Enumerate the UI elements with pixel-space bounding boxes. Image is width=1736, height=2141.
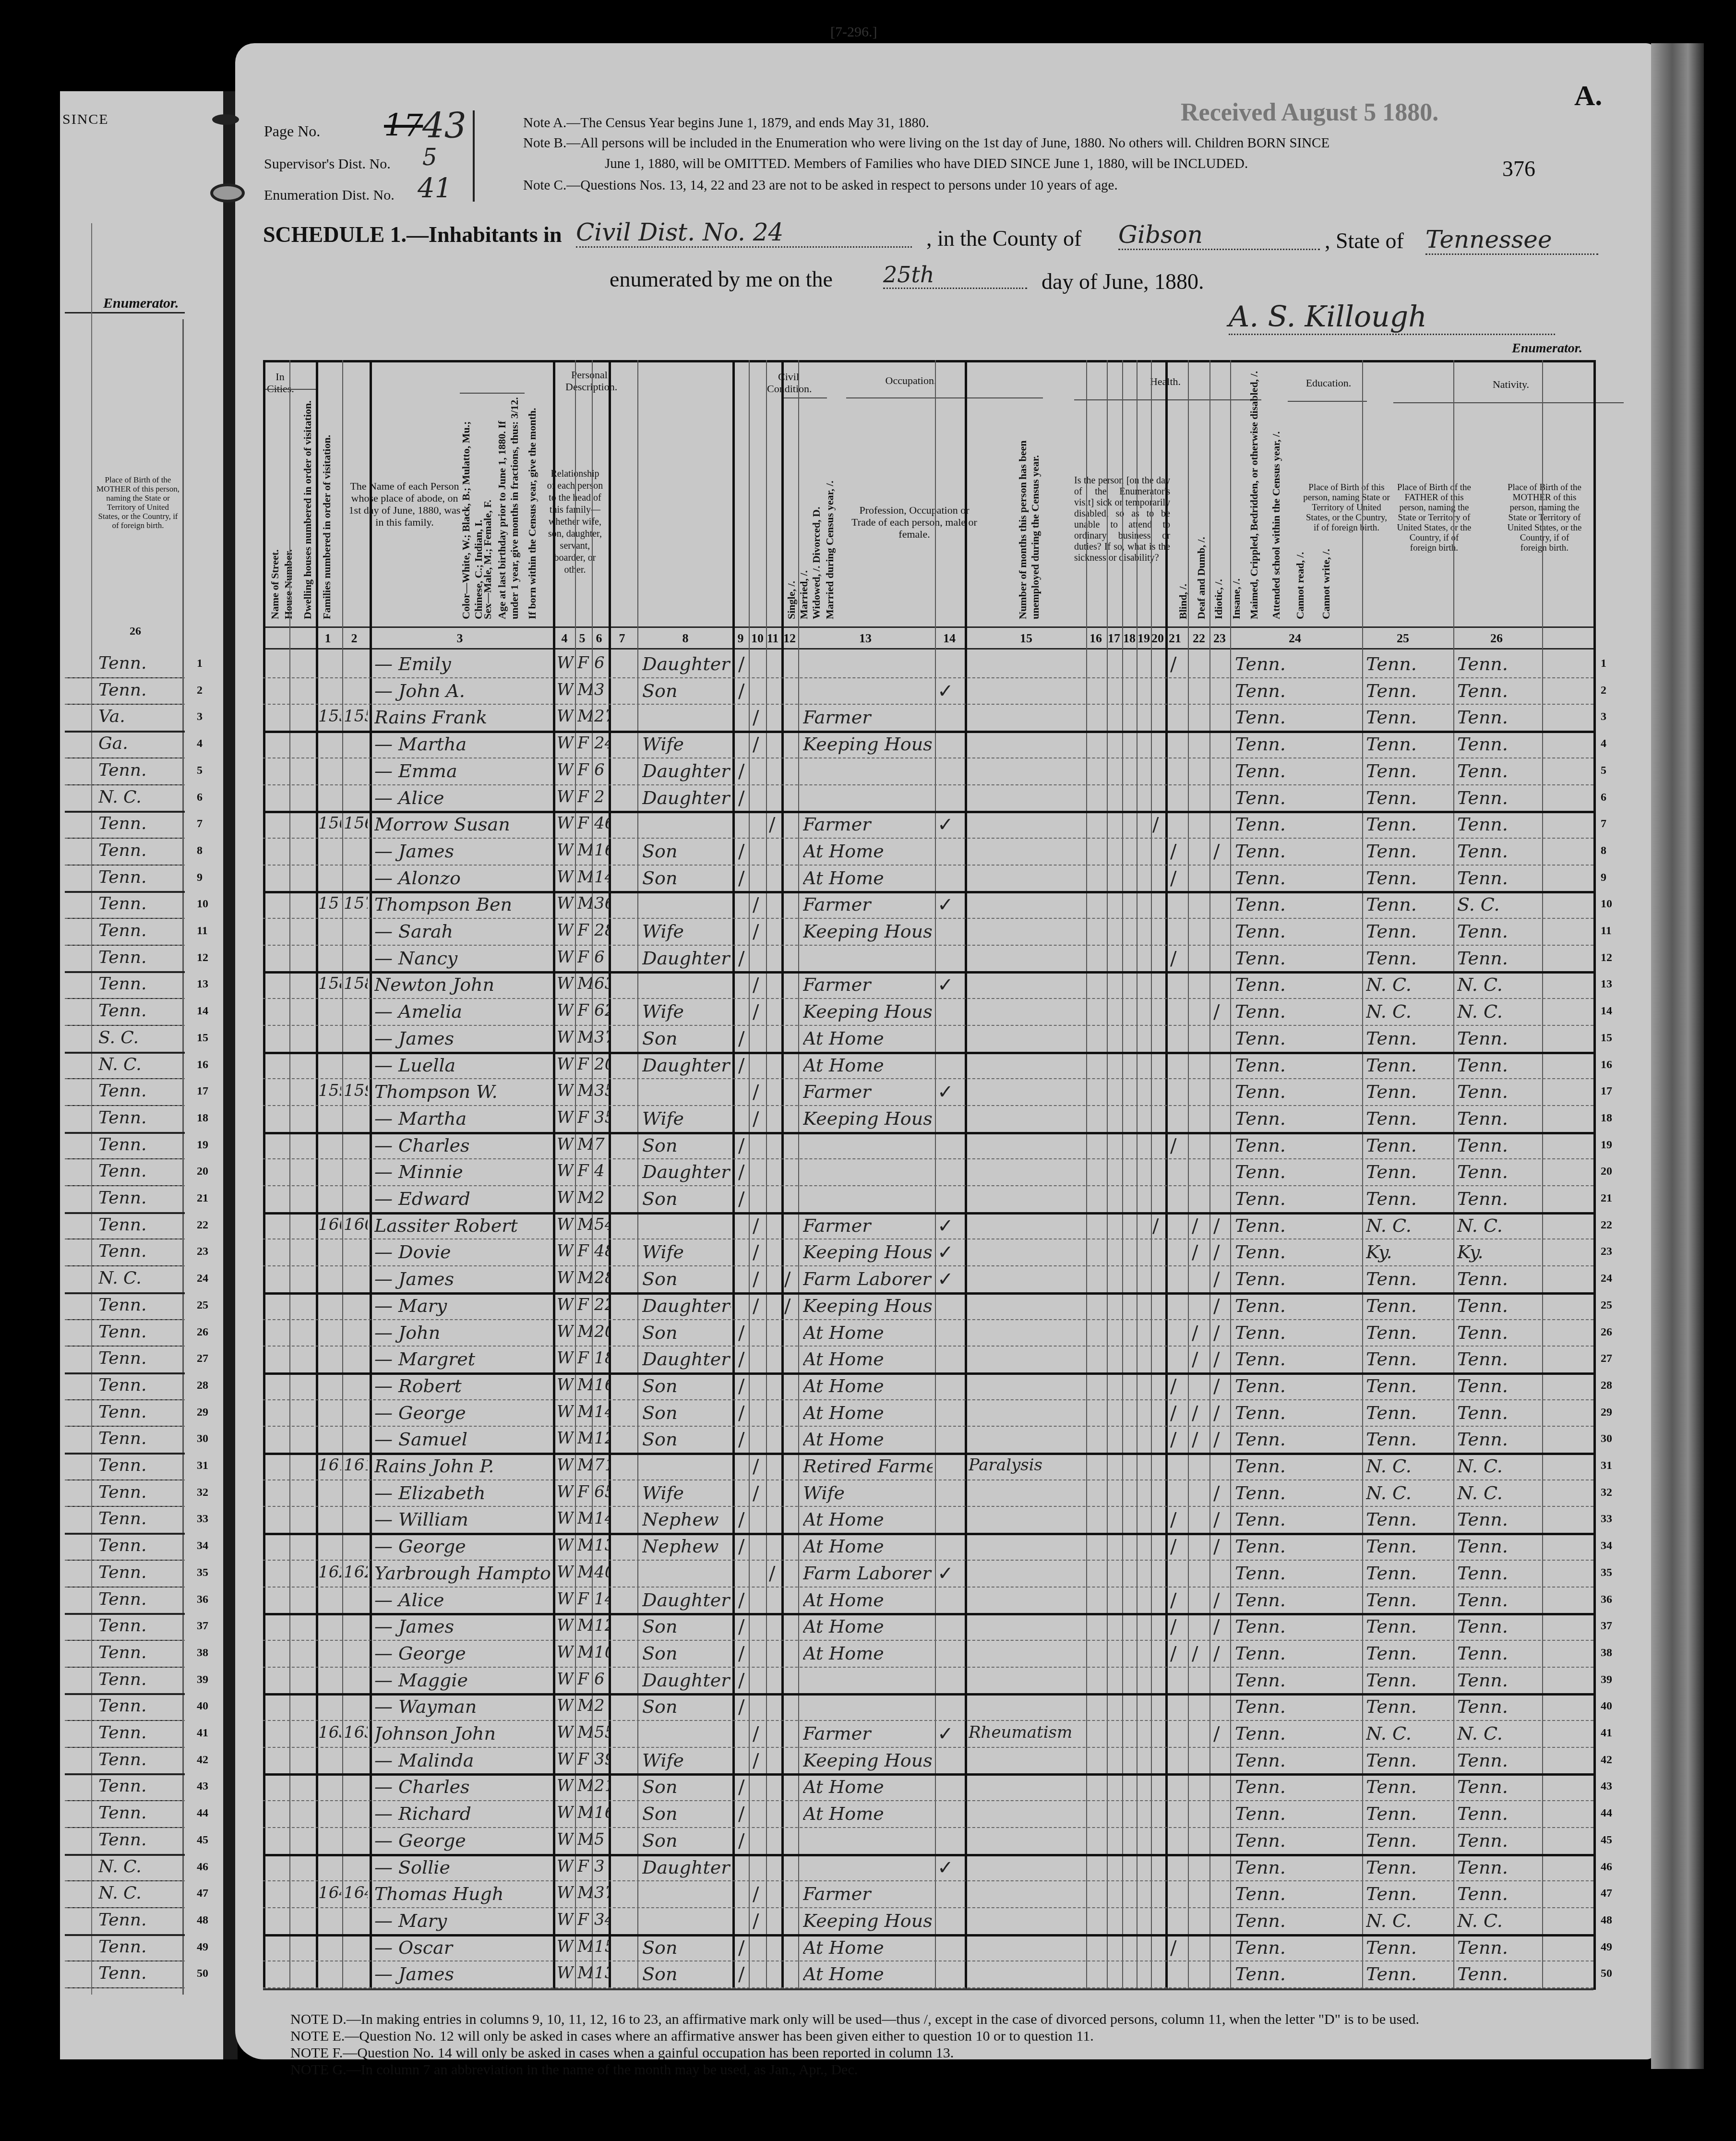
cell-age: 14 (594, 1509, 610, 1528)
cell-sex: M (577, 1883, 592, 1902)
cell-color: W (557, 1536, 574, 1555)
cell-name: — John (374, 1322, 552, 1343)
cell-pb: Tenn. (1235, 974, 1360, 995)
cell-pbf: Tenn. (1366, 814, 1452, 835)
left-row-number: 2 (197, 684, 203, 697)
cell-name: — Mary (374, 1295, 552, 1316)
row-divider (263, 945, 1593, 946)
row-number: 27 (1601, 1352, 1612, 1365)
cell-sex: F (577, 1001, 592, 1020)
cell-pbf: Tenn. (1366, 894, 1452, 915)
cell-rel: Wife (642, 921, 731, 942)
left-row-divider (65, 1880, 185, 1881)
left-mother-birthplace: Tenn. (98, 948, 180, 967)
cell-age: 16 (594, 1803, 610, 1822)
left-row-number: 31 (197, 1459, 208, 1472)
cell-pbm: Tenn. (1457, 1937, 1541, 1958)
row-number: 11 (1601, 925, 1612, 938)
cell-pbf: Tenn. (1366, 1616, 1452, 1637)
row-divider (263, 1961, 1593, 1961)
cell-name: — Nancy (374, 948, 552, 969)
cell-write: / (1213, 1215, 1230, 1237)
left-page-fragment: SINCE (62, 111, 109, 128)
cell-sex: M (577, 1723, 592, 1742)
hdr-c25: Place of Birth of the FATHER of this per… (1396, 482, 1473, 553)
cell-rel: Wife (642, 1001, 731, 1022)
cell-occ: At Home (803, 1536, 933, 1557)
cell-fam: 156 (344, 814, 368, 833)
cell-occ: Farmer (803, 1883, 933, 1904)
cell-pbm: Tenn. (1457, 948, 1541, 969)
left-row-divider (65, 998, 185, 999)
cell-mdc: / (784, 1295, 796, 1317)
row-number: 41 (1601, 1727, 1612, 1740)
row-divider (263, 1506, 1593, 1507)
cell-single: / (738, 1509, 748, 1531)
cell-dw: 159 (318, 1081, 341, 1100)
left-row-number: 18 (197, 1112, 208, 1125)
left-mother-birthplace: Tenn. (98, 1643, 180, 1662)
left-mother-birthplace: Tenn. (98, 1536, 180, 1555)
cell-sex: F (577, 1857, 592, 1876)
left-column-rule-right (182, 319, 184, 1995)
cell-rel: Wife (642, 1482, 731, 1504)
cell-rel: Daughter (642, 1589, 731, 1611)
enumeration-label: Enumeration Dist. No. (264, 187, 395, 204)
cell-pbf: N. C. (1366, 1910, 1452, 1931)
cell-age: 14 (594, 867, 610, 887)
cell-occ: At Home (803, 1963, 933, 1985)
cell-pb: Tenn. (1235, 814, 1360, 835)
cell-sex: M (577, 1455, 592, 1475)
hdr-c2: Families numbered in order of visitation… (321, 427, 333, 619)
cell-age: 35 (594, 1108, 610, 1127)
cell-occ: At Home (803, 1509, 933, 1530)
left-mother-birthplace: N. C. (98, 1268, 180, 1288)
cell-single: / (738, 867, 748, 890)
row-divider (263, 677, 1593, 678)
left-mother-birthplace: Tenn. (98, 1803, 180, 1823)
cell-pb: Tenn. (1235, 1081, 1360, 1102)
cell-age: 6 (594, 760, 610, 780)
cell-dw: 161 (318, 1455, 341, 1475)
cell-age: 34 (594, 1910, 610, 1929)
cell-single: / (738, 1402, 748, 1424)
cell-sick: Rheumatism (969, 1723, 1084, 1742)
cell-occ: Keeping House (803, 921, 933, 942)
cell-occ: At Home (803, 1937, 933, 1958)
left-mother-birthplace: Tenn. (98, 1563, 180, 1582)
cell-pbm: Tenn. (1457, 1589, 1541, 1611)
cell-married: / (753, 707, 764, 729)
cell-unemp: ✓ (937, 1215, 964, 1237)
cell-sex: M (577, 1776, 592, 1795)
cell-occ: At Home (803, 1589, 933, 1611)
cell-color: W (557, 1616, 574, 1635)
cell-read: / (1192, 1322, 1209, 1344)
cell-pb: Tenn. (1235, 1910, 1360, 1931)
cell-write: / (1213, 1509, 1230, 1531)
cell-pbf: Tenn. (1366, 1589, 1452, 1611)
left-mother-birthplace: Tenn. (98, 1696, 180, 1716)
cell-married: / (753, 1241, 764, 1263)
cell-pb: Tenn. (1235, 1670, 1360, 1691)
left-row-number: 39 (197, 1673, 208, 1686)
cell-name: — Charles (374, 1135, 552, 1156)
cell-occ: At Home (803, 1055, 933, 1076)
left-row-number: 47 (197, 1887, 208, 1900)
cell-name: — George (374, 1643, 552, 1664)
row-divider (263, 1105, 1593, 1106)
note-c: Note C.—Questions Nos. 13, 14, 22 and 23… (523, 178, 1118, 193)
cell-pbf: Tenn. (1366, 1268, 1452, 1289)
cell-occ: Farmer (803, 974, 933, 995)
cell-sex: M (577, 1215, 592, 1234)
cell-pb: Tenn. (1235, 1883, 1360, 1904)
cell-pbm: N. C. (1457, 974, 1541, 995)
hdr-c11: Widowed, /. Divorced, D. (810, 494, 823, 619)
cell-sex: M (577, 1937, 592, 1956)
cell-name: — Richard (374, 1803, 552, 1824)
left-mother-birthplace: Tenn. (98, 1295, 180, 1315)
cell-rel: Wife (642, 1750, 731, 1771)
cell-write: / (1213, 1536, 1230, 1558)
cell-name: — Sarah (374, 921, 552, 942)
cell-widowed: / (769, 1563, 780, 1585)
cell-pb: Tenn. (1235, 1937, 1360, 1958)
family-divider (263, 1212, 1593, 1215)
cell-color: W (557, 1375, 574, 1395)
row-number: 34 (1601, 1540, 1612, 1552)
cell-pbf: Tenn. (1366, 1776, 1452, 1797)
row-number: 22 (1601, 1219, 1612, 1232)
hdr-house: House Number. (282, 557, 295, 619)
row-number: 30 (1601, 1432, 1612, 1445)
cell-pbf: Tenn. (1366, 1670, 1452, 1691)
cell-age: 55 (594, 1723, 610, 1742)
group-civil: Civil Condition. (767, 371, 810, 395)
left-col26-header: Place of Birth of the MOTHER of this per… (96, 475, 180, 530)
left-mother-birthplace: Tenn. (98, 1937, 180, 1957)
cell-pbm: Tenn. (1457, 1268, 1541, 1289)
sheet-letter: A. (1574, 79, 1602, 112)
cell-school: / (1170, 1616, 1187, 1638)
cell-sex: F (577, 734, 592, 753)
cell-pbf: Tenn. (1366, 841, 1452, 862)
cell-rel: Son (642, 1937, 731, 1958)
cell-sex: F (577, 760, 592, 780)
left-row-number: 34 (197, 1540, 208, 1552)
cell-sex: F (577, 1670, 592, 1689)
left-row-divider (65, 1265, 185, 1266)
table-bottom-rule (263, 1988, 1593, 1990)
cell-sex: M (577, 1135, 592, 1154)
family-divider (263, 1613, 1593, 1615)
note-a: Note A.—The Census Year begins June 1, 1… (523, 115, 929, 131)
cell-color: W (557, 1830, 574, 1849)
cell-name: — Mary (374, 1910, 552, 1931)
cell-rel: Son (642, 867, 731, 889)
form-number: [7-296.] (830, 24, 877, 40)
cell-widowed: / (769, 814, 780, 836)
cell-pbm: Tenn. (1457, 921, 1541, 942)
cell-age: 22 (594, 1295, 610, 1314)
cell-sex: M (577, 1188, 592, 1207)
cell-dw: 160 (318, 1215, 341, 1234)
cell-age: 63 (594, 974, 610, 993)
left-row-divider (65, 1319, 185, 1320)
cell-pbf: Ky. (1366, 1241, 1452, 1263)
row-number: 36 (1601, 1593, 1612, 1606)
cell-dw: 157 (318, 894, 341, 913)
left-mother-birthplace: Tenn. (98, 1616, 180, 1636)
cell-rel: Son (642, 1830, 731, 1851)
cell-sex: F (577, 1910, 592, 1929)
hdr-c7: If born within the Census year, give the… (526, 418, 539, 619)
cell-school: / (1170, 1589, 1187, 1612)
left-row-number: 37 (197, 1620, 208, 1633)
cell-sex: M (577, 1268, 592, 1287)
cell-name: — Dovie (374, 1241, 552, 1263)
column-rule (1209, 360, 1210, 1990)
cell-name: — Charles (374, 1776, 552, 1797)
cell-color: W (557, 1348, 574, 1368)
left-row-divider (65, 1025, 185, 1026)
left-row-divider (65, 891, 185, 893)
cell-rel: Son (642, 1028, 731, 1049)
cell-color: W (557, 1215, 574, 1234)
hdr-c13: Profession, Occupation or Trade of each … (850, 504, 979, 540)
cell-occ: Keeping House (803, 1750, 933, 1771)
group-occupation: Occupation. (849, 374, 973, 386)
left-mother-birthplace: Va. (98, 707, 180, 726)
left-row-divider (65, 945, 185, 946)
cell-school: / (1170, 1135, 1187, 1157)
cell-single: / (738, 680, 748, 702)
left-row-number: 27 (197, 1352, 208, 1365)
cell-pbf: Tenn. (1366, 1536, 1452, 1557)
cell-pb: Tenn. (1235, 1589, 1360, 1611)
cell-color: W (557, 1081, 574, 1100)
left-row-number: 8 (197, 844, 203, 857)
cell-occ: Keeping House (803, 1108, 933, 1129)
cell-color: W (557, 1135, 574, 1154)
cell-age: 28 (594, 921, 610, 940)
cell-pb: Tenn. (1235, 760, 1360, 782)
left-mother-birthplace: Tenn. (98, 760, 180, 780)
row-number: 17 (1601, 1085, 1612, 1098)
cell-school: / (1170, 653, 1187, 675)
left-row-number: 35 (197, 1566, 208, 1579)
cell-married: / (753, 1268, 764, 1290)
cell-sex: F (577, 1750, 592, 1769)
left-row-number: 10 (197, 898, 208, 911)
cell-pbm: N. C. (1457, 1215, 1541, 1236)
cell-rel: Daughter (642, 1857, 731, 1878)
left-mother-birthplace: Tenn. (98, 1001, 180, 1021)
cell-read: / (1192, 1215, 1209, 1237)
left-row-divider (65, 704, 185, 705)
column-rule (1188, 360, 1189, 1990)
cell-school: / (1170, 948, 1187, 970)
left-row-divider (65, 1560, 185, 1561)
row-number: 49 (1601, 1941, 1612, 1954)
left-row-divider (65, 1720, 185, 1721)
cell-write: / (1213, 1723, 1230, 1745)
cell-pbf: Tenn. (1366, 653, 1452, 674)
left-row-number: 20 (197, 1165, 208, 1178)
column-rule (1362, 360, 1363, 1990)
enumerated-day: 25th (883, 262, 1027, 289)
cell-age: 40 (594, 1563, 610, 1582)
cell-pbf: Tenn. (1366, 1348, 1452, 1370)
left-row-divider (65, 1934, 185, 1936)
cell-mdc: / (784, 1268, 796, 1290)
cell-married: / (753, 1910, 764, 1932)
left-row-divider (65, 865, 185, 866)
hdr-c6: Age at last birthday prior to June 1, 18… (496, 394, 521, 619)
subrule (1393, 402, 1624, 403)
cell-pbf: Tenn. (1366, 680, 1452, 701)
cell-school: / (1170, 867, 1187, 890)
cell-name: Thomas Hugh (374, 1883, 552, 1904)
cell-single: / (738, 1188, 748, 1210)
cell-pbf: Tenn. (1366, 1937, 1452, 1958)
cell-color: W (557, 1509, 574, 1528)
cell-color: W (557, 841, 574, 860)
cell-pbm: Tenn. (1457, 1509, 1541, 1530)
cell-pbm: Tenn. (1457, 1963, 1541, 1985)
left-row-number: 22 (197, 1219, 208, 1232)
cell-pbf: Tenn. (1366, 1750, 1452, 1771)
left-row-divider (65, 1587, 185, 1588)
cell-married: / (753, 1883, 764, 1905)
left-row-divider (65, 731, 185, 733)
cell-name: — Alice (374, 787, 552, 808)
column-number: 6 (587, 631, 611, 646)
cell-pb: Tenn. (1235, 653, 1360, 674)
cell-fam: 158 (344, 974, 368, 993)
cell-rel: Daughter (642, 787, 731, 808)
cell-color: W (557, 653, 574, 673)
cell-fam: 155 (344, 707, 368, 726)
left-row-number: 42 (197, 1754, 208, 1767)
column-rule (370, 360, 372, 1990)
cell-name: Rains John P. (374, 1455, 552, 1477)
cell-age: 2 (594, 1696, 610, 1715)
cell-pbm: Tenn. (1457, 1643, 1541, 1664)
cell-unemp: ✓ (937, 1563, 964, 1585)
cell-sex: M (577, 1375, 592, 1395)
left-row-divider (65, 1667, 185, 1668)
left-mother-birthplace: Tenn. (98, 1375, 180, 1395)
left-row-number: 11 (197, 925, 208, 938)
cell-name: — Malinda (374, 1750, 552, 1771)
cell-unemp: ✓ (937, 1241, 964, 1263)
cell-pbf: Tenn. (1366, 1857, 1452, 1878)
cell-read: / (1192, 1429, 1209, 1451)
cell-occ: Keeping House (803, 1241, 933, 1263)
row-divider (263, 1319, 1593, 1320)
cell-occ: Keeping House (803, 1001, 933, 1022)
cell-pb: Tenn. (1235, 1723, 1360, 1744)
cell-pb: Tenn. (1235, 1803, 1360, 1824)
cell-pb: Tenn. (1235, 1348, 1360, 1370)
cell-occ: At Home (803, 1616, 933, 1637)
cell-age: 3 (594, 1857, 610, 1876)
row-divider (263, 1158, 1593, 1159)
column-rule (935, 360, 936, 1990)
row-divider (263, 998, 1593, 999)
cell-pb: Tenn. (1235, 1295, 1360, 1316)
cell-sex: M (577, 974, 592, 993)
cell-pbf: Tenn. (1366, 734, 1452, 755)
cell-pb: Tenn. (1235, 841, 1360, 862)
cell-married: / (753, 1215, 764, 1237)
hdr-street: Name of Street. (269, 557, 281, 619)
cell-pb: Tenn. (1235, 1322, 1360, 1343)
cell-pbm: Tenn. (1457, 1750, 1541, 1771)
hdr-c19: Insane, /. (1230, 566, 1243, 619)
cell-name: Newton John (374, 974, 552, 995)
row-number: 48 (1601, 1914, 1612, 1927)
cell-pb: Tenn. (1235, 1375, 1360, 1396)
note-e: NOTE E.—Question No. 12 will only be ask… (290, 2028, 1094, 2045)
cell-single: / (738, 1616, 748, 1638)
cell-age: 15 (594, 1937, 610, 1956)
left-mother-birthplace: Tenn. (98, 1750, 180, 1769)
cell-school: / (1170, 1536, 1187, 1558)
cell-sex: M (577, 1696, 592, 1715)
left-row-number: 14 (197, 1005, 208, 1018)
cell-pb: Tenn. (1235, 1509, 1360, 1530)
cell-rel: Daughter (642, 948, 731, 969)
cell-name: — Minnie (374, 1161, 552, 1182)
column-number: 7 (610, 631, 634, 646)
row-number: 16 (1601, 1058, 1612, 1071)
cell-read: / (1192, 1241, 1209, 1263)
left-row-number: 17 (197, 1085, 208, 1098)
note-g: NOTE G.—In column 7 an abbreviation in t… (290, 2062, 858, 2078)
received-stamp: Received August 5 1880. (1181, 98, 1438, 127)
cell-pb: Tenn. (1235, 1028, 1360, 1049)
left-mother-birthplace: N. C. (98, 1055, 180, 1074)
cell-pb: Tenn. (1235, 1135, 1360, 1156)
cell-married: / (753, 1108, 764, 1130)
cell-age: 13 (594, 1963, 610, 1983)
cell-name: — Margret (374, 1348, 552, 1370)
left-enumerator-label: Enumerator. (103, 295, 179, 312)
family-divider (263, 1854, 1593, 1856)
left-row-divider (65, 811, 185, 813)
cell-name: — Luella (374, 1055, 552, 1076)
page-no-value: 43 (422, 106, 467, 146)
column-number: 3 (448, 631, 472, 646)
cell-pbm: Tenn. (1457, 1108, 1541, 1129)
cell-name: Thompson W. (374, 1081, 552, 1102)
cell-rel: Son (642, 1616, 731, 1637)
cell-name: — Sollie (374, 1857, 552, 1878)
family-divider (263, 1934, 1593, 1937)
row-divider (263, 1078, 1593, 1079)
cell-pbm: Tenn. (1457, 1295, 1541, 1316)
row-number: 13 (1601, 978, 1612, 991)
hdr-c22: Cannot read, /. (1294, 542, 1306, 619)
cell-pbm: Tenn. (1457, 1670, 1541, 1691)
left-row-divider (65, 1961, 185, 1961)
family-divider (263, 1132, 1593, 1134)
left-mother-birthplace: Tenn. (98, 1215, 180, 1235)
